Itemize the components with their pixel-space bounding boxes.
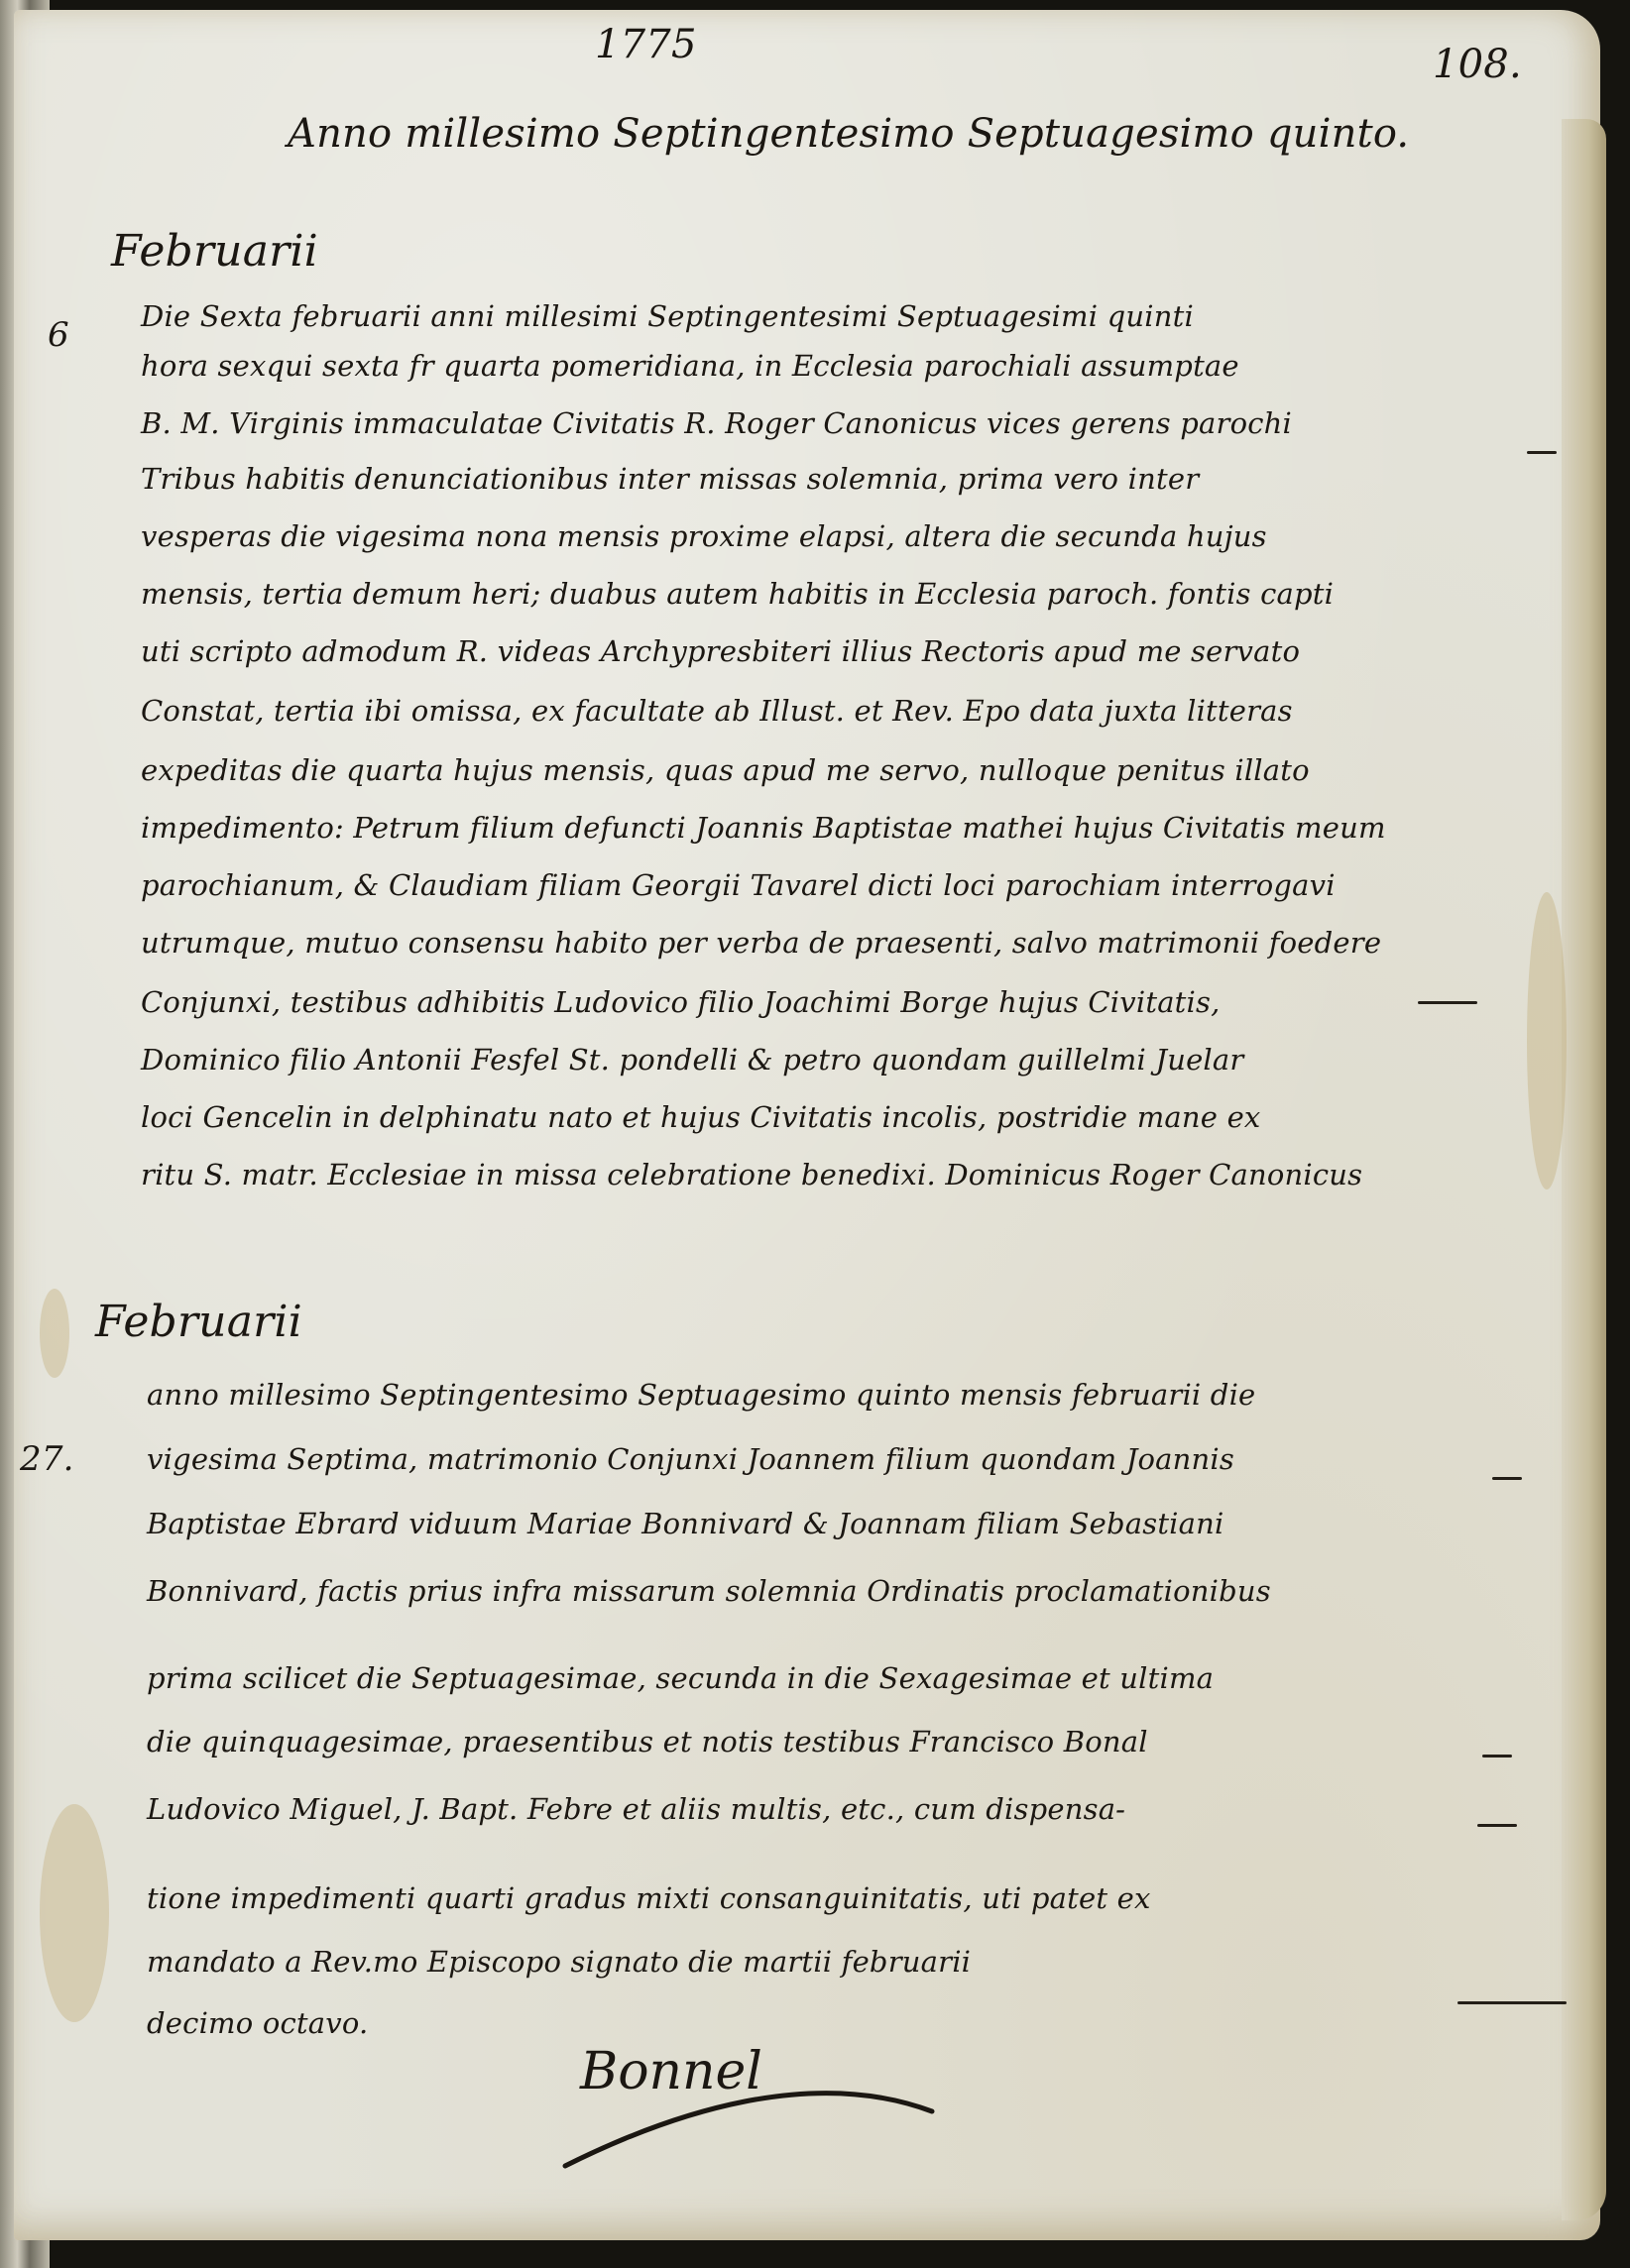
- entry-1-line: uti scripto admodum R. videas Archypresb…: [141, 634, 1300, 668]
- entry-2-line: Baptistae Ebrard viduum Mariae Bonnivard…: [147, 1507, 1224, 1540]
- signature-flourish: [555, 2072, 972, 2191]
- entry-2-line: anno millesimo Septingentesimo Septuages…: [147, 1378, 1255, 1412]
- entry-1-line: Die Sexta februarii anni millesimi Septi…: [141, 299, 1194, 333]
- entry-2-line: vigesima Septima, matrimonio Conjunxi Jo…: [147, 1442, 1234, 1476]
- page-edge: [1562, 119, 1606, 2220]
- paper-stain: [40, 1289, 69, 1378]
- entry-1-line: vesperas die vigesima nona mensis proxim…: [141, 519, 1267, 553]
- year-header: 1775: [595, 22, 697, 67]
- entry-1-line: hora sexqui sexta fr quarta pomeridiana,…: [141, 349, 1239, 383]
- entry-2-month-title: Februarii: [95, 1297, 302, 1347]
- line-end-dash: [1527, 451, 1557, 454]
- paper-stain: [1527, 892, 1567, 1190]
- line-end-dash: [1457, 2001, 1567, 2004]
- entry-1-line: Constat, tertia ibi omissa, ex facultate…: [141, 694, 1293, 728]
- entry-1-month-title: Februarii: [111, 226, 318, 277]
- entry-1-line: parochianum, & Claudiam filiam Georgii T…: [141, 868, 1336, 902]
- line-end-dash: [1492, 1477, 1522, 1480]
- entry-1-margin-day: 6: [48, 315, 69, 355]
- line-end-dash: [1418, 1001, 1477, 1004]
- entry-1-line: utrumque, mutuo consensu habito per verb…: [141, 926, 1381, 960]
- entry-2-line: Ludovico Miguel, J. Bapt. Febre et aliis…: [147, 1792, 1125, 1826]
- entry-1-line: Dominico filio Antonii Fesfel St. pondel…: [141, 1043, 1243, 1077]
- folio-number: 108.: [1433, 42, 1522, 87]
- entry-1-line: mensis, tertia demum heri; duabus autem …: [141, 577, 1334, 611]
- entry-1-line: loci Gencelin in delphinatu nato et huju…: [141, 1100, 1260, 1134]
- entry-1-line: B. M. Virginis immaculatae Civitatis R. …: [141, 406, 1292, 440]
- entry-2-line: mandato a Rev.mo Episcopo signato die ma…: [147, 1945, 971, 1979]
- entry-2-margin-day: 27.: [20, 1439, 74, 1479]
- entry-1-line: ritu S. matr. Ecclesiae in missa celebra…: [141, 1158, 1362, 1191]
- line-end-dash: [1477, 1824, 1517, 1827]
- entry-1-line: Tribus habitis denunciationibus inter mi…: [141, 462, 1199, 496]
- paper-stain: [40, 1804, 109, 2022]
- entry-1-line: impedimento: Petrum filium defuncti Joan…: [141, 811, 1386, 845]
- entry-1-line: expeditas die quarta hujus mensis, quas …: [141, 753, 1310, 787]
- entry-2-line: decimo octavo.: [147, 2006, 368, 2040]
- page-heading: Anno millesimo Septingentesimo Septuages…: [288, 111, 1409, 157]
- entry-1-line: Conjunxi, testibus adhibitis Ludovico fi…: [141, 985, 1221, 1019]
- entry-2-line: Bonnivard, factis prius infra missarum s…: [147, 1574, 1271, 1608]
- line-end-dash: [1482, 1755, 1512, 1758]
- entry-2-line: prima scilicet die Septuagesimae, secund…: [147, 1661, 1214, 1695]
- entry-2-line: die quinquagesimae, praesentibus et noti…: [147, 1725, 1148, 1758]
- entry-2-line: tione impedimenti quarti gradus mixti co…: [147, 1881, 1151, 1915]
